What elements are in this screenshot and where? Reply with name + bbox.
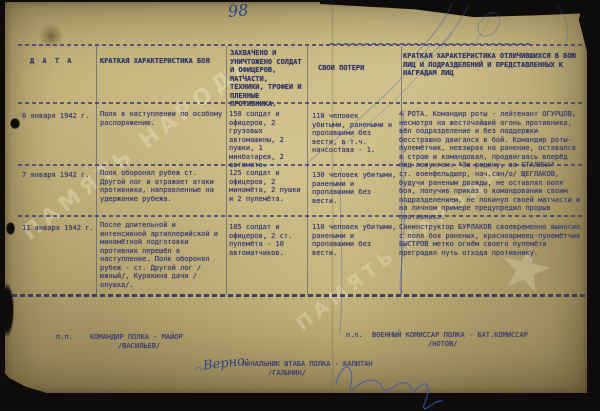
row3-captured: 105 солдат и офицеров, 2 ст. пулемёта - … [229, 223, 309, 257]
column-line-2 [226, 46, 227, 295]
row2-disting: ст. военфельдшер, нач.сан/о/ ЩЕГЛАКОВ, б… [399, 170, 583, 221]
row1-battle: Полк в наступлении по особому распоряжен… [100, 110, 224, 127]
row3-battle: После длительной и интенсивной артиллери… [100, 221, 222, 289]
header-captured: ЗАХВАЧЕНО И УНИЧТОЖЕНО СОЛДАТ И ОФИЦЕРОВ… [230, 49, 304, 109]
signature-right-name: /НОТОВ/ [428, 340, 458, 349]
column-line-3 [307, 46, 308, 295]
signature-left-name: /ВАСИЛЬЕВ/ [118, 342, 160, 351]
row2-losses: 130 человек убитыми, ранеными и пропавши… [312, 171, 398, 205]
table-rule-bottom [12, 294, 588, 297]
row1-losses: 118 человек убитыми, ранеными и пропавши… [312, 112, 396, 155]
shadow-left-edge [0, 284, 14, 336]
chief-of-staff-title: НАЧАЛЬНИК ШТАБА ПОЛКА - КАПИТАН [242, 360, 402, 369]
signature-left-prefix: п.п. [56, 333, 73, 342]
signature-right-prefix: п.п. [346, 331, 363, 340]
header-date: Д А Т А [30, 57, 94, 66]
ink-blob-row3 [6, 222, 15, 235]
row2-date: 7 января 1942 г. [22, 171, 100, 180]
header-disting: КРАТКАЯ ХАРАКТЕРИСТИКА ОТЛИЧИВШИХСЯ В БО… [403, 52, 583, 78]
row1-date: 6 января 1942 г. [22, 112, 100, 121]
scanned-document: ПАМЯТЬ НАРОДА ПАМЯТЬ НАРОДА ★ 98 Д А Т А… [0, 0, 600, 411]
row1-captured: 150 солдат и офицеров, 2 грузовых автома… [229, 110, 305, 170]
header-losses: СВОИ ПОТЕРИ [318, 64, 390, 73]
row3-disting: Санинструктор БУРЛАКОВ своевременно выно… [399, 223, 583, 257]
signature-left-title: КОМАНДИР ПОЛКА - МАЙОР [90, 333, 183, 342]
table-rule-top-heavy-segment [330, 43, 530, 45]
row3-date: 11 января 1942 г. [22, 224, 102, 233]
page-number: 98 [227, 0, 249, 21]
chief-of-staff-name: /ГАЛЫНИН/ [268, 369, 306, 378]
row1-disting: 4 РОТА. Командир роты - лейтенант ОГУРЦО… [399, 110, 583, 170]
row2-captured: 125 солдат и офицеров, 2 миномёта, 2 пуш… [229, 169, 305, 203]
header-battle: КРАТКАЯ ХАРАКТЕРИСТИКА БОЯ [100, 57, 224, 66]
row2-battle: Полк оборонял рубеж ст. Другой лог и отр… [100, 169, 226, 203]
row3-losses: 110 человек убитыми, ранеными и пропавши… [312, 223, 400, 257]
ink-blob-row1 [10, 118, 20, 129]
signature-right-title: ВОЕННЫЙ КОМИССАР ПОЛКА - БАТ.КОМИССАР [372, 331, 528, 340]
